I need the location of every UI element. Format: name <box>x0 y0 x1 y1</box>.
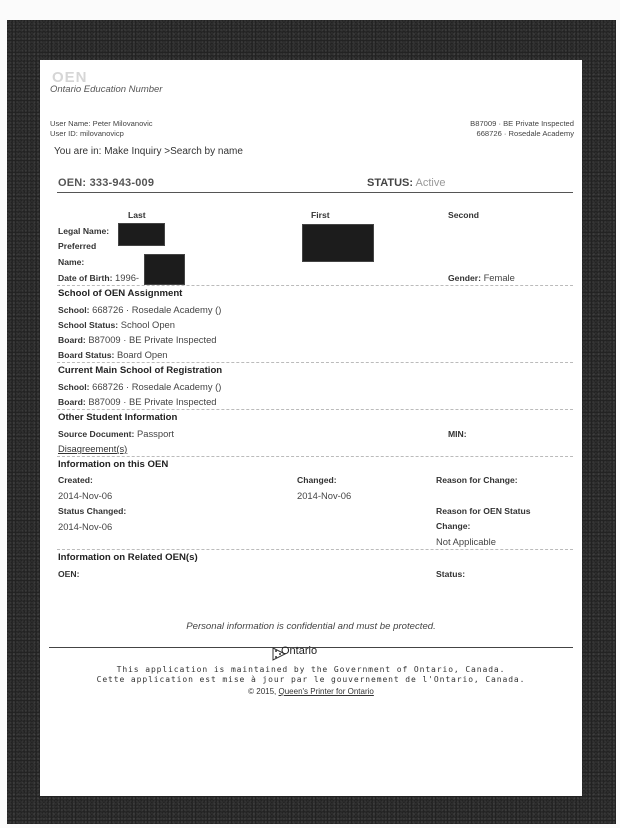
field-value: B87009 · BE Private Inspected <box>88 334 216 345</box>
maintained-notice-en: This application is maintained by the Go… <box>40 665 582 674</box>
preferred-name-label: Name: <box>58 257 84 267</box>
field-label: Board Status: <box>58 350 114 360</box>
field-value: Board Open <box>117 349 168 360</box>
gender: Gender: Female <box>448 272 515 283</box>
assignment-board: Board: B87009 · BE Private Inspected <box>58 334 217 345</box>
assignment-school-status: School Status: School Open <box>58 319 175 330</box>
divider <box>57 192 573 193</box>
user-id: milovanovicp <box>80 129 124 138</box>
oen-number-label: OEN: <box>58 177 86 189</box>
reason-status-label: Reason for OEN Status <box>436 506 531 516</box>
field-label: Board: <box>58 397 86 407</box>
status-badge: STATUS: Active <box>367 177 445 189</box>
user-name-label: User Name: <box>50 119 91 128</box>
legal-name-label: Legal Name: <box>58 226 109 236</box>
queens-printer-link[interactable]: Queen's Printer for Ontario <box>279 687 374 696</box>
field-label: Source Document: <box>58 429 134 439</box>
field-label: Board: <box>58 335 86 345</box>
col-first: First <box>311 210 330 220</box>
redacted-last-name <box>118 223 165 246</box>
field-label: MIN: <box>448 429 467 439</box>
status-changed-value: 2014-Nov-06 <box>58 521 112 532</box>
main-board: Board: B87009 · BE Private Inspected <box>58 396 217 407</box>
preferred-label: Preferred <box>58 241 96 251</box>
related-oen-label: OEN: <box>58 569 79 579</box>
disagreements-link[interactable]: Disagreement(s) <box>58 443 127 454</box>
related-status-label: Status: <box>436 569 465 579</box>
status-label: STATUS: <box>367 177 413 189</box>
field-value: B87009 · BE Private Inspected <box>88 396 216 407</box>
oen-number: OEN: 333-943-009 <box>58 177 154 189</box>
user-name: Peter Milovanovic <box>93 119 153 128</box>
ontario-logo-text: Ontario <box>281 645 317 657</box>
main-school: School: 668726 · Rosedale Academy () <box>58 381 221 392</box>
status-value: Active <box>415 177 445 189</box>
field-label: School: <box>58 305 90 315</box>
user-id-label: User ID: <box>50 129 78 138</box>
reason-change-label: Reason for Change: <box>436 475 518 485</box>
redacted-dob <box>144 254 185 285</box>
assignment-board-status: Board Status: Board Open <box>58 349 168 360</box>
user-board: B87009 · BE Private Inspected <box>470 119 574 129</box>
section-heading-oen-info: Information on this OEN <box>58 459 168 470</box>
divider <box>57 362 573 363</box>
user-school: 668726 · Rosedale Academy <box>470 129 574 139</box>
gender-label: Gender: <box>448 273 481 283</box>
user-affiliation: B87009 · BE Private Inspected 668726 · R… <box>470 119 574 138</box>
field-label: School Status: <box>58 320 118 330</box>
copyright: © 2015, Queen's Printer for Ontario <box>40 687 582 696</box>
dob-label: Date of Birth: <box>58 273 112 283</box>
divider <box>57 549 573 550</box>
field-label: School: <box>58 382 90 392</box>
gender-value: Female <box>484 272 515 283</box>
min-field: MIN: <box>448 428 467 439</box>
user-info: User Name: Peter Milovanovic User ID: mi… <box>50 119 153 138</box>
col-last: Last <box>128 210 146 220</box>
created-value: 2014-Nov-06 <box>58 490 112 501</box>
oen-number-value: 333-943-009 <box>90 177 155 189</box>
copyright-prefix: © 2015, <box>248 687 276 696</box>
maintained-notice-fr: Cette application est mise à jour par le… <box>40 675 582 684</box>
assignment-school: School: 668726 · Rosedale Academy () <box>58 304 221 315</box>
divider <box>57 285 573 286</box>
reason-status-label-cont: Change: <box>436 521 470 531</box>
changed-value: 2014-Nov-06 <box>297 490 351 501</box>
confidentiality-notice: Personal information is confidential and… <box>40 621 582 632</box>
col-second: Second <box>448 210 479 220</box>
field-value: 668726 · Rosedale Academy () <box>92 304 221 315</box>
section-heading-other-info: Other Student Information <box>58 412 177 423</box>
created-label: Created: <box>58 475 93 485</box>
field-value: Passport <box>137 428 174 439</box>
app-subtitle: Ontario Education Number <box>50 84 162 95</box>
source-document: Source Document: Passport <box>58 428 174 439</box>
document-page: OEN Ontario Education Number User Name: … <box>40 60 582 796</box>
field-value: 668726 · Rosedale Academy () <box>92 381 221 392</box>
reason-status-value: Not Applicable <box>436 536 496 547</box>
dob-value: 1996- <box>115 272 139 283</box>
section-heading-school-assignment: School of OEN Assignment <box>58 288 182 299</box>
section-heading-main-school: Current Main School of Registration <box>58 365 222 376</box>
section-heading-related: Information on Related OEN(s) <box>58 552 198 563</box>
divider <box>57 456 573 457</box>
date-of-birth: Date of Birth: 1996- <box>58 272 139 283</box>
divider <box>57 409 573 410</box>
status-changed-label: Status Changed: <box>58 506 126 516</box>
redacted-first-name <box>302 224 374 262</box>
breadcrumb: You are in: Make Inquiry >Search by name <box>54 146 243 157</box>
field-value: School Open <box>121 319 175 330</box>
changed-label: Changed: <box>297 475 337 485</box>
